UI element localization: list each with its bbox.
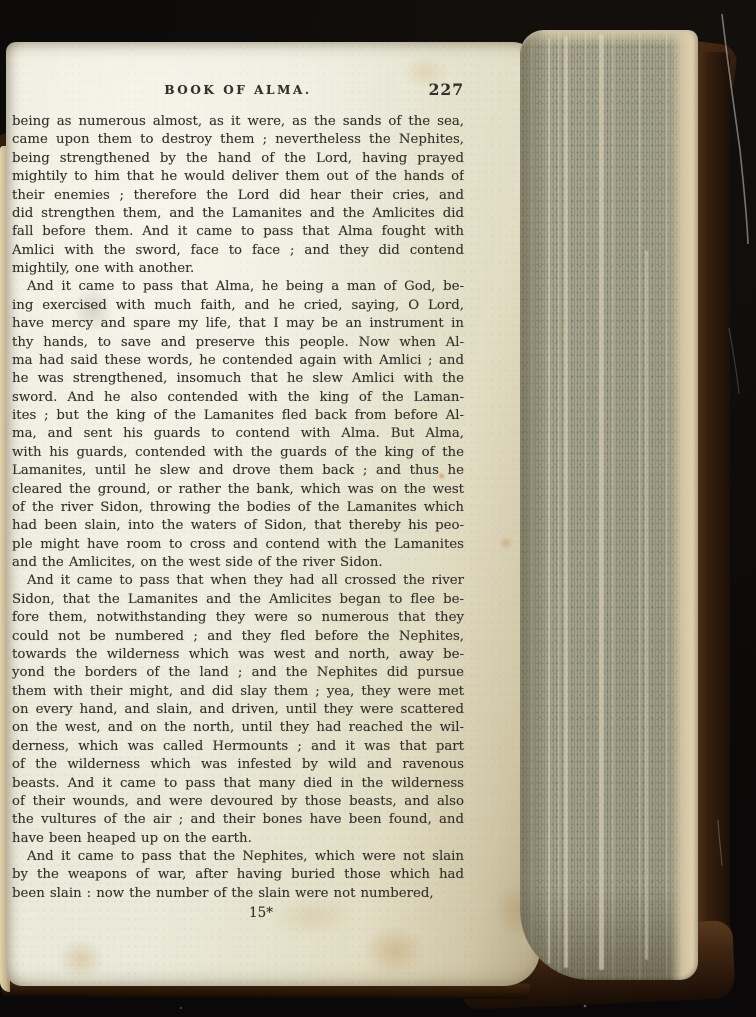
fore-edge-streak xyxy=(599,34,604,970)
text-line: fore them, notwithstanding they were so … xyxy=(12,609,464,627)
text-line: Amlici with the sword, face to face ; an… xyxy=(12,242,464,260)
text-line: ma, and sent his guards to contend with … xyxy=(12,425,464,443)
text-line: ites ; but the king of the Lamanites fle… xyxy=(12,407,464,425)
text-line: And it came to pass that the Nephites, w… xyxy=(12,848,464,866)
text-line: them with their might, and did slay them… xyxy=(12,683,464,701)
fore-edge-streak xyxy=(548,38,550,964)
text-line: beasts. And it came to pass that many di… xyxy=(12,775,464,793)
text-line: being strengthened by the hand of the Lo… xyxy=(12,150,464,168)
text-line: ple might have room to cross and contend… xyxy=(12,536,464,554)
text-line: their enemies ; therefore the Lord did h… xyxy=(12,187,464,205)
text-line: thy hands, to save and preserve this peo… xyxy=(12,334,464,352)
text-line: And it came to pass that Alma, he being … xyxy=(12,278,464,296)
signature-mark: 15* xyxy=(12,905,464,921)
running-title: BOOK OF ALMA. xyxy=(164,83,311,97)
text-line: towards the wilderness which was west an… xyxy=(12,646,464,664)
text-line: been slain : now the number of the slain… xyxy=(12,885,464,903)
printed-text-block: BOOK OF ALMA. 227 being as numerous almo… xyxy=(12,80,464,921)
foxing-stain xyxy=(350,915,440,987)
body-text: being as numerous almost, as it were, as… xyxy=(12,113,464,903)
text-line: could not be numbered ; and they fled be… xyxy=(12,628,464,646)
text-line: derness, which was called Hermounts ; an… xyxy=(12,738,464,756)
fore-edge-page-stack xyxy=(520,30,698,980)
text-line: had been slain, into the waters of Sidon… xyxy=(12,517,464,535)
text-line: mightily, one with another. xyxy=(12,260,464,278)
text-line: by the weapons of war, after having buri… xyxy=(12,866,464,884)
text-line: he was strengthened, insomuch that he sl… xyxy=(12,370,464,388)
text-line: came upon them to destroy them ; neverth… xyxy=(12,131,464,149)
text-line: sword. And he also contended with the ki… xyxy=(12,389,464,407)
foxing-stain xyxy=(496,534,516,552)
text-line: and the Amlicites, on the west side of t… xyxy=(12,554,464,572)
text-line: being as numerous almost, as it were, as… xyxy=(12,113,464,131)
text-line: yond the borders of the land ; and the N… xyxy=(12,664,464,682)
text-line: of their wounds, and were devoured by th… xyxy=(12,793,464,811)
text-line: of the wilderness which was infested by … xyxy=(12,756,464,774)
text-line: fall before them. And it came to pass th… xyxy=(12,223,464,241)
text-line: mightily to him that he would deliver th… xyxy=(12,168,464,186)
text-line: did strengthen them, and the Lamanites a… xyxy=(12,205,464,223)
book-page: BOOK OF ALMA. 227 being as numerous almo… xyxy=(6,42,540,986)
text-line: on the west, and on the north, until the… xyxy=(12,719,464,737)
foxing-stain xyxy=(46,928,116,990)
text-line: have mercy and spare my life, that I may… xyxy=(12,315,464,333)
text-line: with his guards, contended with the guar… xyxy=(12,444,464,462)
text-line: cleared the ground, or rather the bank, … xyxy=(12,481,464,499)
text-line: ma had said these words, he contended ag… xyxy=(12,352,464,370)
text-line: Lamanites, until he slew and drove them … xyxy=(12,462,464,480)
text-line: have been heaped up on the earth. xyxy=(12,830,464,848)
page-header: BOOK OF ALMA. 227 xyxy=(12,80,464,102)
text-line: Sidon, that the Lamanites and the Amlici… xyxy=(12,591,464,609)
page-number: 227 xyxy=(429,80,464,99)
text-line: the vultures of the air ; and their bone… xyxy=(12,811,464,829)
fore-edge-streak xyxy=(645,250,648,960)
text-line: ing exercised with much faith, and he cr… xyxy=(12,297,464,315)
text-line: And it came to pass that when they had a… xyxy=(12,572,464,590)
text-line: of the river Sidon, throwing the bodies … xyxy=(12,499,464,517)
text-line: on every hand, and slain, and driven, un… xyxy=(12,701,464,719)
fore-edge-streak xyxy=(564,36,568,968)
book-photograph: BOOK OF ALMA. 227 being as numerous almo… xyxy=(0,0,756,1017)
